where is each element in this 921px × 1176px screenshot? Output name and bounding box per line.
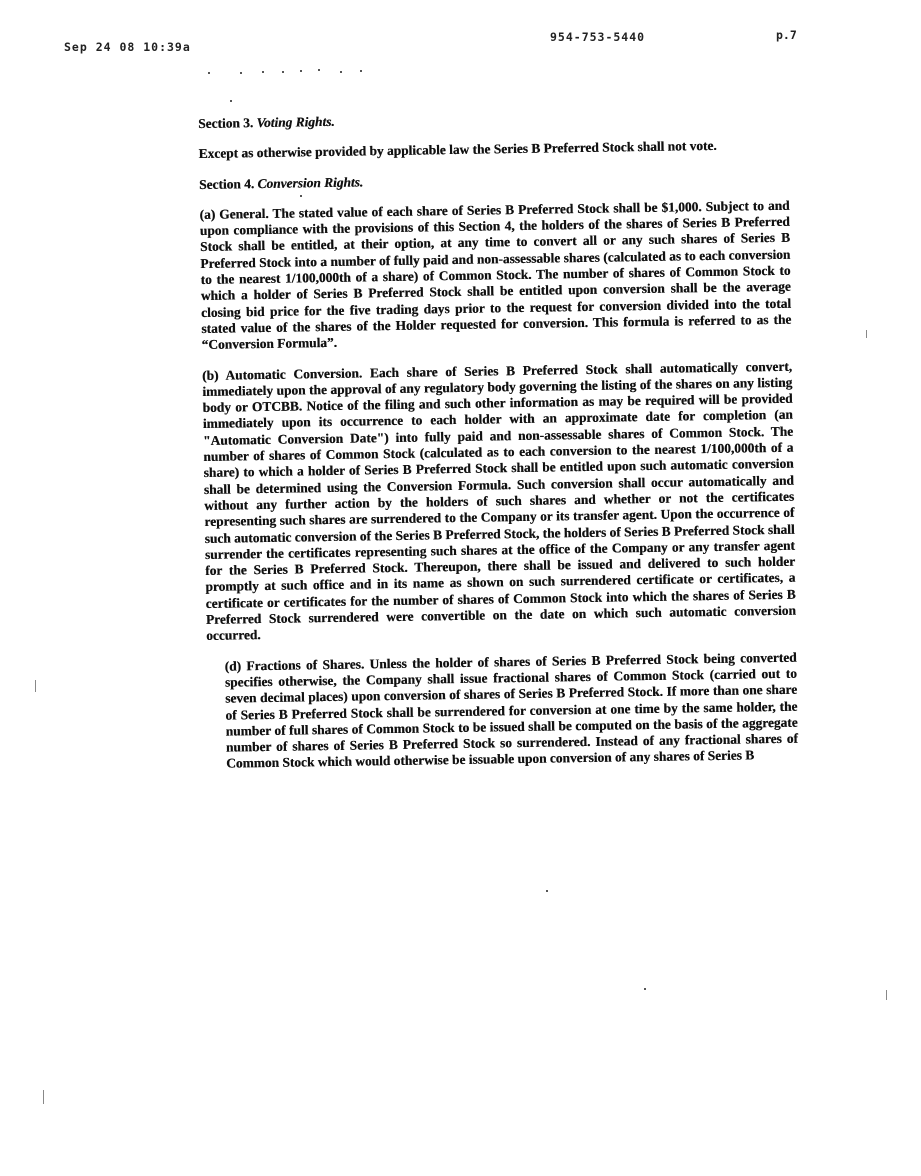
section-3-heading: Section 3. Voting Rights.: [198, 107, 788, 133]
scan-edge-mark: [886, 990, 887, 1000]
section-3-title: Voting Rights.: [256, 114, 334, 130]
section-3-label: Section 3.: [198, 115, 253, 131]
scan-edge-mark: [866, 330, 867, 338]
fax-header: Sep 24 08 10:39a 954-753-5440 p.7: [0, 30, 921, 54]
document-body: Section 3. Voting Rights. Except as othe…: [198, 107, 798, 787]
fax-page-number: p.7: [776, 28, 797, 42]
paragraph-a-general: (a) General. The stated value of each sh…: [199, 198, 791, 354]
section-4-heading: Section 4. Conversion Rights.: [199, 167, 789, 193]
fax-date-time: Sep 24 08 10:39a: [64, 40, 191, 54]
paragraph-b-automatic-conversion: (b) Automatic Conversion. Each share of …: [202, 358, 796, 644]
section-3-body: Except as otherwise provided by applicab…: [198, 137, 788, 163]
section-4-title: Conversion Rights.: [257, 174, 363, 191]
scan-edge-mark: [43, 1090, 44, 1104]
paragraph-d-fractions-of-shares: (d) Fractions of Shares. Unless the hold…: [225, 649, 799, 772]
scan-edge-mark: [35, 680, 36, 692]
section-4-label: Section 4.: [199, 176, 254, 192]
fax-phone-number: 954-753-5440: [550, 30, 645, 44]
